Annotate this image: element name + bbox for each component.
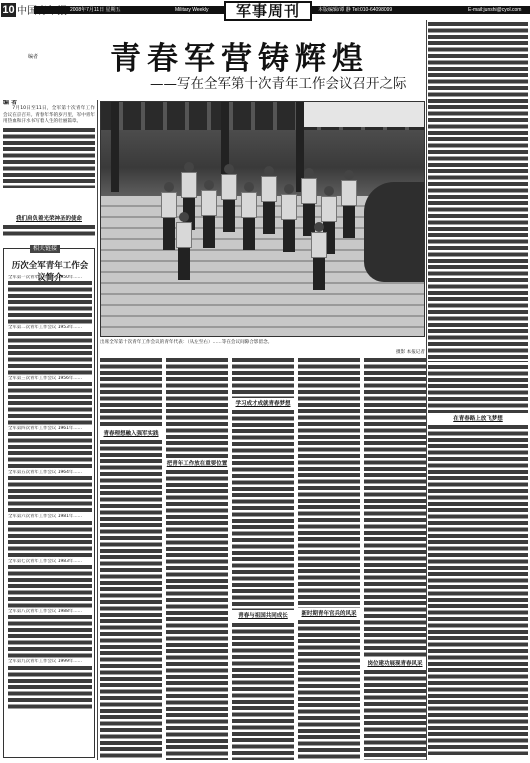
intro-column: 编 者 7月10日至11日，全军第十次青年工作会议在京召开。青春年华的岁月里，军… <box>3 100 95 212</box>
group-photo <box>100 101 425 337</box>
subheading: 新时期青年官兵的风采 <box>298 611 360 617</box>
subheading: 把青年工作放在重要位置 <box>166 461 228 467</box>
photo-soldiers-group <box>161 162 371 312</box>
section-title: 军事周刊 <box>224 1 312 21</box>
subheading: 青春与祖国共同成长 <box>232 613 294 619</box>
box-body: 全军第一次青年工作会议 1950年…… 全军第二次青年工作会议 1953年…… … <box>8 275 92 755</box>
body-text <box>428 425 528 755</box>
body-column-5: 岗位建功展现青春风采 <box>364 358 426 760</box>
issue-date: 2008年7月11日 星期五 <box>70 6 120 14</box>
right-column-top <box>428 22 528 362</box>
right-column-bottom: 在青春路上放飞梦想 <box>428 365 528 760</box>
subheadline: ——写在全军第十次青年工作会议召开之际 <box>150 72 407 92</box>
body-text <box>3 225 95 238</box>
subheading: 学习成才成就青春梦想 <box>232 401 294 407</box>
related-links-box: 相关链接 历次全军青年工作会议简介 全军第一次青年工作会议 1950年…… 全军… <box>3 248 95 758</box>
subheading: 我们肩负着光荣神圣的使命 <box>3 216 95 222</box>
page-number: 10 <box>1 3 16 17</box>
body-text <box>428 22 528 362</box>
subheading: 在青春路上放飞梦想 <box>428 416 528 422</box>
body-column-2: 把青年工作放在重要位置 <box>166 358 228 760</box>
column-divider <box>97 100 98 760</box>
editor-line: 本版编辑/谭 静 Tel:010-64098099 <box>318 6 392 14</box>
subheading: 青春理想融入强军实践 <box>100 431 162 437</box>
photo-credit: 摄影 本报记者 <box>100 349 425 356</box>
intro-subsection: 我们肩负着光荣神圣的使命 <box>3 213 95 245</box>
photo-sky <box>304 102 424 127</box>
editor-tag: 编者 <box>28 53 38 60</box>
body-column-1: 青春理想融入强军实践 <box>100 358 162 760</box>
body-column-4: 新时期青年官兵的风采 <box>298 358 360 760</box>
body-column-3: 学习成才成就青春梦想 青春与祖国共同成长 <box>232 358 294 760</box>
box-tag: 相关链接 <box>30 245 60 253</box>
intro-body-text <box>3 128 95 188</box>
section-english: Military Weekly <box>175 6 209 14</box>
masthead: 10 中国青年报 2008年7月11日 星期五 Military Weekly … <box>0 0 530 22</box>
photo-bush <box>364 182 424 282</box>
email: E-mail:junshi@cyol.com <box>468 6 521 14</box>
column-divider <box>426 20 427 760</box>
photo-caption: 出席全军第十次青年工作会议的青年代表：（从左至右）……等在会议间隙合影留念。 <box>100 339 425 346</box>
photo-pillar <box>111 102 119 192</box>
subheading: 岗位建功展现青春风采 <box>364 661 426 667</box>
intro-text: 7月10日至11日，全军第十次青年工作会议在京召开。青春年华的岁月里，军中青年用… <box>3 106 95 125</box>
